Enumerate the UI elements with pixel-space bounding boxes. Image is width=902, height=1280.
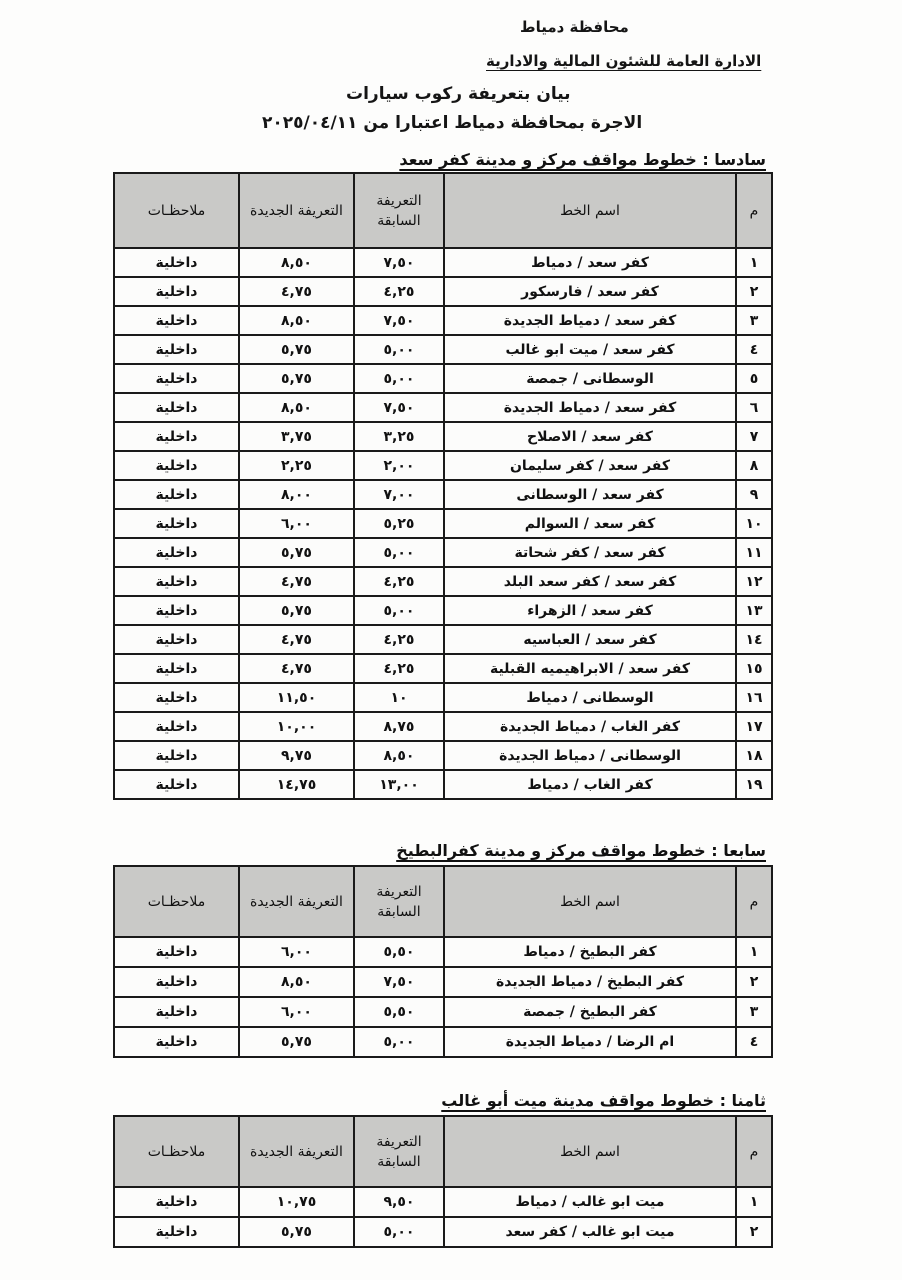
table-row: ١٦الوسطانى / دمياط١٠١١,٥٠داخلية [114, 683, 772, 712]
table-row: ١١كفر سعد / كفر شحاتة٥,٠٠٥,٧٥داخلية [114, 538, 772, 567]
new-fare: ٨,٥٠ [239, 306, 354, 335]
table-row: ١ميت ابو غالب / دمياط٩,٥٠١٠,٧٥داخلية [114, 1187, 772, 1217]
notes-cell: داخلية [114, 967, 239, 997]
previous-fare: ١٣,٠٠ [354, 770, 444, 799]
col-header-notes: ملاحظـات [114, 173, 239, 248]
new-fare: ٤,٧٥ [239, 567, 354, 596]
previous-fare: ٥,٠٠ [354, 364, 444, 393]
col-header-num: م [736, 1116, 772, 1187]
previous-fare: ٥,٢٥ [354, 509, 444, 538]
section-title-mit-abu-ghalib: ثامنا : خطوط مواقف مدينة ميت أبو غالب [441, 1091, 766, 1110]
new-fare: ٨,٥٠ [239, 967, 354, 997]
document-title: بيان بتعريفة ركوب سيارات [346, 84, 571, 104]
previous-fare: ٨,٥٠ [354, 741, 444, 770]
route-name: الوسطانى / جمصة [444, 364, 736, 393]
table-row: ٥الوسطانى / جمصة٥,٠٠٥,٧٥داخلية [114, 364, 772, 393]
previous-fare: ٥,٠٠ [354, 335, 444, 364]
tariff-table-kafr-saad: م اسم الخط التعريفة السابقة التعريفة الج… [113, 172, 773, 800]
notes-cell: داخلية [114, 480, 239, 509]
row-number: ١٧ [736, 712, 772, 741]
row-number: ٤ [736, 335, 772, 364]
col-header-num: م [736, 173, 772, 248]
notes-cell: داخلية [114, 741, 239, 770]
col-header-new: التعريفة الجديدة [239, 1116, 354, 1187]
table-row: ٣كفر سعد / دمياط الجديدة٧,٥٠٨,٥٠داخلية [114, 306, 772, 335]
previous-fare: ٧,٥٠ [354, 248, 444, 277]
col-header-name: اسم الخط [444, 173, 736, 248]
row-number: ١٥ [736, 654, 772, 683]
new-fare: ٤,٧٥ [239, 654, 354, 683]
row-number: ٤ [736, 1027, 772, 1057]
document-page: محافظة دمياط الادارة العامة للشئون المال… [0, 0, 902, 1280]
new-fare: ٥,٧٥ [239, 1217, 354, 1247]
new-fare: ٥,٧٥ [239, 335, 354, 364]
row-number: ٧ [736, 422, 772, 451]
table-header-row: م اسم الخط التعريفة السابقة التعريفة الج… [114, 1116, 772, 1187]
notes-cell: داخلية [114, 937, 239, 967]
row-number: ١٢ [736, 567, 772, 596]
row-number: ٥ [736, 364, 772, 393]
row-number: ٣ [736, 306, 772, 335]
row-number: ١٤ [736, 625, 772, 654]
notes-cell: داخلية [114, 248, 239, 277]
previous-fare: ٥,٥٠ [354, 997, 444, 1027]
route-name: كفر الغاب / دمياط الجديدة [444, 712, 736, 741]
notes-cell: داخلية [114, 625, 239, 654]
previous-fare: ٤,٢٥ [354, 277, 444, 306]
route-name: كفر سعد / الابراهيميه القبلية [444, 654, 736, 683]
col-header-old: التعريفة السابقة [354, 173, 444, 248]
new-fare: ٨,٥٠ [239, 393, 354, 422]
previous-fare: ٣,٢٥ [354, 422, 444, 451]
table-row: ٢كفر سعد / فارسكور٤,٢٥٤,٧٥داخلية [114, 277, 772, 306]
table-row: ٣كفر البطيخ / جمصة٥,٥٠٦,٠٠داخلية [114, 997, 772, 1027]
route-name: كفر الغاب / دمياط [444, 770, 736, 799]
notes-cell: داخلية [114, 335, 239, 364]
table-row: ٦كفر سعد / دمياط الجديدة٧,٥٠٨,٥٠داخلية [114, 393, 772, 422]
section-title-kafr-saad: سادسا : خطوط مواقف مركز و مدينة كفر سعد [399, 150, 766, 169]
row-number: ٢ [736, 1217, 772, 1247]
table-header-row: م اسم الخط التعريفة السابقة التعريفة الج… [114, 173, 772, 248]
new-fare: ٥,٧٥ [239, 538, 354, 567]
table-header-row: م اسم الخط التعريفة السابقة التعريفة الج… [114, 866, 772, 937]
table-row: ٧كفر سعد / الاصلاح٣,٢٥٣,٧٥داخلية [114, 422, 772, 451]
notes-cell: داخلية [114, 1217, 239, 1247]
route-name: الوسطانى / دمياط [444, 683, 736, 712]
new-fare: ١٤,٧٥ [239, 770, 354, 799]
table-row: ١٢كفر سعد / كفر سعد البلد٤,٢٥٤,٧٥داخلية [114, 567, 772, 596]
table-row: ١٨الوسطانى / دمياط الجديدة٨,٥٠٩,٧٥داخلية [114, 741, 772, 770]
previous-fare: ١٠ [354, 683, 444, 712]
notes-cell: داخلية [114, 277, 239, 306]
new-fare: ٨,٠٠ [239, 480, 354, 509]
new-fare: ٥,٧٥ [239, 596, 354, 625]
col-header-name: اسم الخط [444, 866, 736, 937]
new-fare: ١٠,٧٥ [239, 1187, 354, 1217]
route-name: كفر سعد / كفر سعد البلد [444, 567, 736, 596]
table-row: ٩كفر سعد / الوسطانى٧,٠٠٨,٠٠داخلية [114, 480, 772, 509]
row-number: ١ [736, 937, 772, 967]
row-number: ١ [736, 248, 772, 277]
notes-cell: داخلية [114, 509, 239, 538]
notes-cell: داخلية [114, 596, 239, 625]
notes-cell: داخلية [114, 451, 239, 480]
new-fare: ٥,٧٥ [239, 364, 354, 393]
previous-fare: ٧,٥٠ [354, 393, 444, 422]
previous-fare: ٤,٢٥ [354, 625, 444, 654]
table-row: ١٩كفر الغاب / دمياط١٣,٠٠١٤,٧٥داخلية [114, 770, 772, 799]
table-row: ٢ميت ابو غالب / كفر سعد٥,٠٠٥,٧٥داخلية [114, 1217, 772, 1247]
previous-fare: ٨,٧٥ [354, 712, 444, 741]
notes-cell: داخلية [114, 1187, 239, 1217]
notes-cell: داخلية [114, 306, 239, 335]
previous-fare: ٤,٢٥ [354, 567, 444, 596]
row-number: ٨ [736, 451, 772, 480]
route-name: كفر سعد / كفر شحاتة [444, 538, 736, 567]
previous-fare: ٥,٠٠ [354, 1217, 444, 1247]
new-fare: ١١,٥٠ [239, 683, 354, 712]
previous-fare: ٧,٥٠ [354, 967, 444, 997]
new-fare: ٣,٧٥ [239, 422, 354, 451]
new-fare: ٤,٧٥ [239, 625, 354, 654]
table-row: ١٧كفر الغاب / دمياط الجديدة٨,٧٥١٠,٠٠داخل… [114, 712, 772, 741]
table-row: ١٥كفر سعد / الابراهيميه القبلية٤,٢٥٤,٧٥د… [114, 654, 772, 683]
col-header-notes: ملاحظـات [114, 1116, 239, 1187]
route-name: كفر سعد / دمياط الجديدة [444, 393, 736, 422]
col-header-new: التعريفة الجديدة [239, 866, 354, 937]
route-name: كفر سعد / الاصلاح [444, 422, 736, 451]
new-fare: ٤,٧٥ [239, 277, 354, 306]
table-row: ٨كفر سعد / كفر سليمان٢,٠٠٢,٢٥داخلية [114, 451, 772, 480]
row-number: ١ [736, 1187, 772, 1217]
row-number: ١١ [736, 538, 772, 567]
col-header-old: التعريفة السابقة [354, 1116, 444, 1187]
route-name: كفر سعد / العباسيه [444, 625, 736, 654]
previous-fare: ٥,٠٠ [354, 538, 444, 567]
table-row: ١٣كفر سعد / الزهراء٥,٠٠٥,٧٥داخلية [114, 596, 772, 625]
col-header-name: اسم الخط [444, 1116, 736, 1187]
table-row: ١٤كفر سعد / العباسيه٤,٢٥٤,٧٥داخلية [114, 625, 772, 654]
row-number: ٢ [736, 967, 772, 997]
tariff-table-kafr-el-batikh: م اسم الخط التعريفة السابقة التعريفة الج… [113, 865, 773, 1058]
notes-cell: داخلية [114, 364, 239, 393]
previous-fare: ٤,٢٥ [354, 654, 444, 683]
notes-cell: داخلية [114, 997, 239, 1027]
row-number: ٢ [736, 277, 772, 306]
route-name: كفر البطيخ / دمياط الجديدة [444, 967, 736, 997]
previous-fare: ٥,٠٠ [354, 596, 444, 625]
notes-cell: داخلية [114, 654, 239, 683]
route-name: ميت ابو غالب / كفر سعد [444, 1217, 736, 1247]
notes-cell: داخلية [114, 393, 239, 422]
notes-cell: داخلية [114, 422, 239, 451]
row-number: ١٨ [736, 741, 772, 770]
document-subtitle: الاجرة بمحافظة دمياط اعتبارا من ٢٠٢٥/٠٤/… [262, 113, 642, 133]
row-number: ١٣ [736, 596, 772, 625]
row-number: ١٠ [736, 509, 772, 538]
governorate-name: محافظة دمياط [520, 18, 629, 36]
new-fare: ٥,٧٥ [239, 1027, 354, 1057]
col-header-new: التعريفة الجديدة [239, 173, 354, 248]
row-number: ١٩ [736, 770, 772, 799]
table-row: ٤كفر سعد / ميت ابو غالب٥,٠٠٥,٧٥داخلية [114, 335, 772, 364]
section-title-kafr-el-batikh: سابعا : خطوط مواقف مركز و مدينة كفرالبطي… [396, 841, 766, 860]
notes-cell: داخلية [114, 770, 239, 799]
row-number: ٦ [736, 393, 772, 422]
notes-cell: داخلية [114, 712, 239, 741]
route-name: الوسطانى / دمياط الجديدة [444, 741, 736, 770]
new-fare: ٦,٠٠ [239, 937, 354, 967]
notes-cell: داخلية [114, 567, 239, 596]
route-name: كفر سعد / ميت ابو غالب [444, 335, 736, 364]
route-name: كفر سعد / الوسطانى [444, 480, 736, 509]
table-row: ٢كفر البطيخ / دمياط الجديدة٧,٥٠٨,٥٠داخلي… [114, 967, 772, 997]
route-name: كفر سعد / السوالم [444, 509, 736, 538]
previous-fare: ٧,٠٠ [354, 480, 444, 509]
row-number: ١٦ [736, 683, 772, 712]
table-row: ١كفر سعد / دمياط٧,٥٠٨,٥٠داخلية [114, 248, 772, 277]
route-name: ميت ابو غالب / دمياط [444, 1187, 736, 1217]
tariff-table-mit-abu-ghalib: م اسم الخط التعريفة السابقة التعريفة الج… [113, 1115, 773, 1248]
notes-cell: داخلية [114, 538, 239, 567]
route-name: كفر البطيخ / جمصة [444, 997, 736, 1027]
notes-cell: داخلية [114, 1027, 239, 1057]
department-name: الادارة العامة للشئون المالية والادارية [486, 52, 761, 70]
col-header-notes: ملاحظـات [114, 866, 239, 937]
table-row: ١كفر البطيخ / دمياط٥,٥٠٦,٠٠داخلية [114, 937, 772, 967]
table-row: ٤ام الرضا / دمياط الجديدة٥,٠٠٥,٧٥داخلية [114, 1027, 772, 1057]
previous-fare: ٩,٥٠ [354, 1187, 444, 1217]
previous-fare: ٢,٠٠ [354, 451, 444, 480]
new-fare: ٨,٥٠ [239, 248, 354, 277]
route-name: كفر سعد / فارسكور [444, 277, 736, 306]
previous-fare: ٥,٠٠ [354, 1027, 444, 1057]
new-fare: ٢,٢٥ [239, 451, 354, 480]
table-row: ١٠كفر سعد / السوالم٥,٢٥٦,٠٠داخلية [114, 509, 772, 538]
notes-cell: داخلية [114, 683, 239, 712]
route-name: كفر سعد / دمياط الجديدة [444, 306, 736, 335]
row-number: ٩ [736, 480, 772, 509]
previous-fare: ٧,٥٠ [354, 306, 444, 335]
route-name: كفر سعد / الزهراء [444, 596, 736, 625]
col-header-old: التعريفة السابقة [354, 866, 444, 937]
route-name: كفر سعد / كفر سليمان [444, 451, 736, 480]
route-name: كفر سعد / دمياط [444, 248, 736, 277]
row-number: ٣ [736, 997, 772, 1027]
new-fare: ٦,٠٠ [239, 509, 354, 538]
new-fare: ٦,٠٠ [239, 997, 354, 1027]
new-fare: ١٠,٠٠ [239, 712, 354, 741]
route-name: كفر البطيخ / دمياط [444, 937, 736, 967]
previous-fare: ٥,٥٠ [354, 937, 444, 967]
col-header-num: م [736, 866, 772, 937]
route-name: ام الرضا / دمياط الجديدة [444, 1027, 736, 1057]
new-fare: ٩,٧٥ [239, 741, 354, 770]
